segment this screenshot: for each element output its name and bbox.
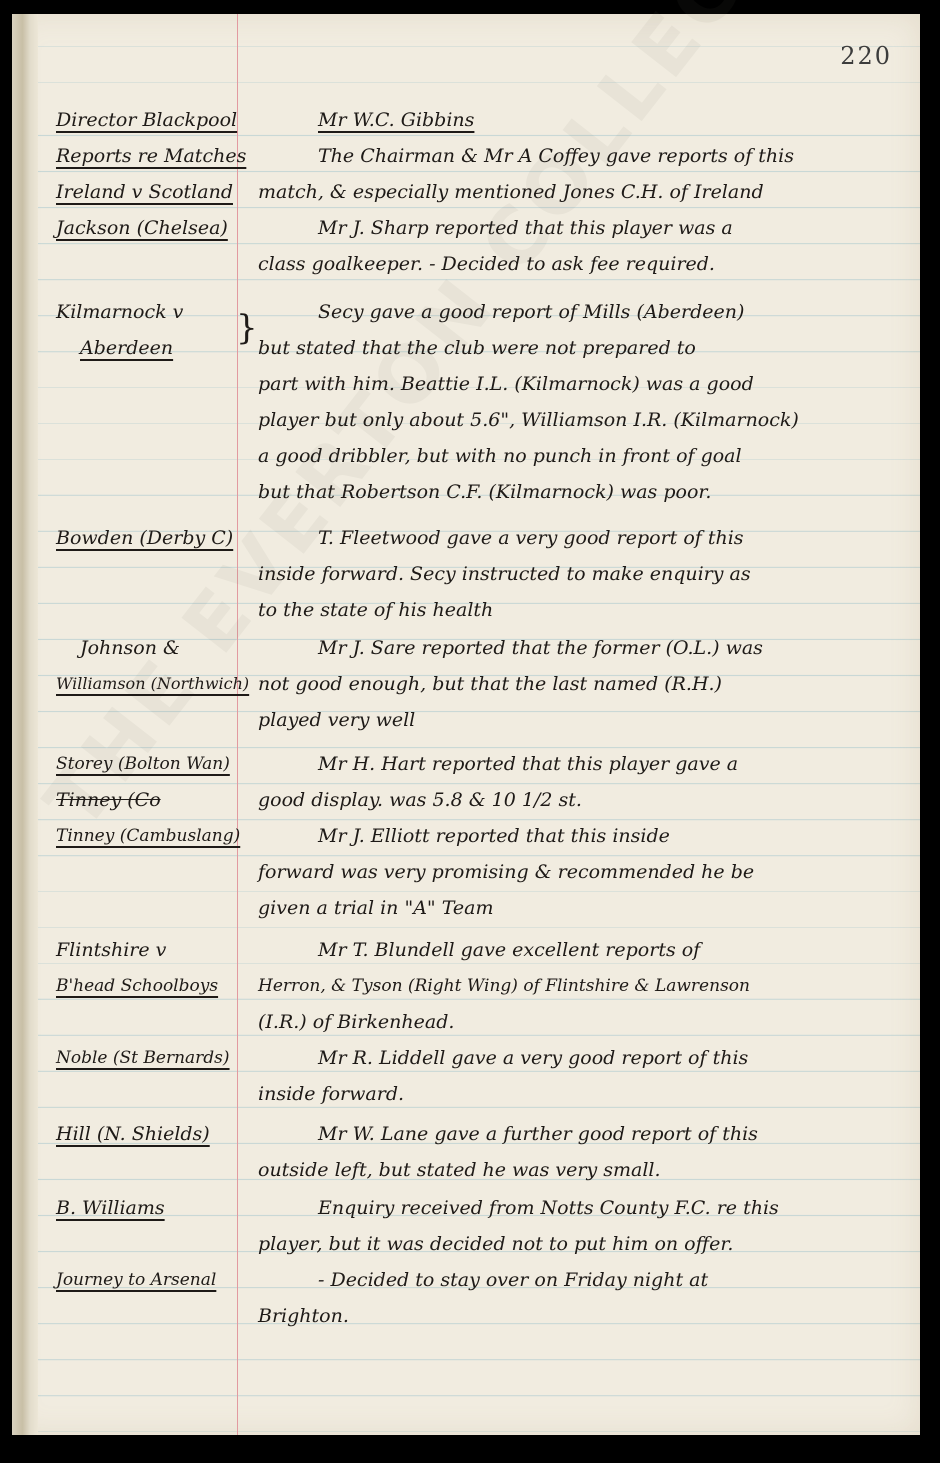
minute-line: Mr J. Sare reported that the former (O.L…	[258, 630, 918, 666]
minute-line: - Decided to stay over on Friday night a…	[258, 1262, 918, 1298]
minute-line: Mr R. Liddell gave a very good report of…	[258, 1040, 918, 1076]
margin-heading: Storey (Bolton Wan) Tinney (Co	[56, 746, 236, 818]
page-binding-edge	[12, 14, 38, 1435]
minute-body: Secy gave a good report of Mills (Aberde…	[258, 294, 918, 510]
minute-line: Mr J. Elliott reported that this inside	[258, 818, 918, 854]
minute-line: Mr T. Blundell gave excellent reports of	[258, 932, 918, 968]
margin-heading-struck-line: Tinney (Co	[56, 782, 236, 818]
minute-line: not good enough, but that the last named…	[258, 666, 918, 702]
margin-heading-line: Storey (Bolton Wan)	[56, 746, 236, 782]
margin-heading: Journey to Arsenal	[56, 1262, 236, 1298]
margin-heading-line: B. Williams	[56, 1190, 236, 1226]
margin-heading: Kilmarnock v Aberdeen	[56, 294, 236, 366]
margin-heading-line: Ireland v Scotland	[56, 174, 236, 210]
minute-line: part with him. Beattie I.L. (Kilmarnock)…	[258, 366, 918, 402]
minute-line: given a trial in "A" Team	[258, 890, 918, 926]
margin-heading: Director Blackpool	[56, 102, 236, 138]
minute-line: played very well	[258, 702, 918, 738]
minute-body: Enquiry received from Notts County F.C. …	[258, 1190, 918, 1262]
minute-line: Secy gave a good report of Mills (Aberde…	[258, 294, 918, 330]
margin-heading-line: Noble (St Bernards)	[56, 1040, 236, 1076]
margin-heading-line: Hill (N. Shields)	[56, 1116, 236, 1152]
red-margin-rule	[237, 14, 238, 1435]
minute-line: Enquiry received from Notts County F.C. …	[258, 1190, 918, 1226]
minute-line: T. Fleetwood gave a very good report of …	[258, 520, 918, 556]
margin-heading-line: Journey to Arsenal	[56, 1262, 236, 1298]
minute-line: The Chairman & Mr A Coffey gave reports …	[258, 138, 918, 174]
margin-heading: Jackson (Chelsea)	[56, 210, 236, 246]
minute-line: a good dribbler, but with no punch in fr…	[258, 438, 918, 474]
margin-heading-line: Jackson (Chelsea)	[56, 210, 236, 246]
margin-heading-line: Bowden (Derby C)	[56, 520, 236, 556]
minute-line: Mr J. Sharp reported that this player wa…	[258, 210, 918, 246]
minute-line: player, but it was decided not to put hi…	[258, 1226, 918, 1262]
minute-line: forward was very promising & recommended…	[258, 854, 918, 890]
margin-heading: Noble (St Bernards)	[56, 1040, 236, 1076]
minute-line: but that Robertson C.F. (Kilmarnock) was…	[258, 474, 918, 510]
minute-body: Mr J. Elliott reported that this inside …	[258, 818, 918, 926]
minute-line: match, & especially mentioned Jones C.H.…	[258, 174, 918, 210]
minute-line: Mr W.C. Gibbins	[318, 109, 474, 131]
margin-heading: Tinney (Cambuslang)	[56, 818, 236, 854]
minute-line: to the state of his health	[258, 592, 918, 628]
minute-body: Mr J. Sharp reported that this player wa…	[258, 210, 918, 282]
minute-line: inside forward.	[258, 1076, 918, 1112]
minute-line: class goalkeeper. - Decided to ask fee r…	[258, 246, 918, 282]
minute-line: (I.R.) of Birkenhead.	[258, 1004, 918, 1040]
margin-heading: B. Williams	[56, 1190, 236, 1226]
minute-body: Mr J. Sare reported that the former (O.L…	[258, 630, 918, 738]
minute-line: inside forward. Secy instructed to make …	[258, 556, 918, 592]
minute-body: Mr W. Lane gave a further good report of…	[258, 1116, 918, 1188]
minute-body: Mr T. Blundell gave excellent reports of…	[258, 932, 918, 1040]
margin-heading-line: Director Blackpool	[56, 102, 236, 138]
minute-line: player but only about 5.6", Williamson I…	[258, 402, 918, 438]
margin-heading-line: Reports re Matches	[56, 138, 236, 174]
minute-line: Brighton.	[258, 1298, 918, 1334]
minute-line: outside left, but stated he was very sma…	[258, 1152, 918, 1188]
margin-heading-line: Flintshire v	[56, 932, 236, 968]
margin-heading: Hill (N. Shields)	[56, 1116, 236, 1152]
margin-heading: Reports re Matches Ireland v Scotland	[56, 138, 236, 210]
margin-heading: Johnson & Williamson (Northwich)	[56, 630, 236, 702]
margin-heading-line: Williamson (Northwich)	[56, 666, 236, 702]
minute-body: Mr H. Hart reported that this player gav…	[258, 746, 918, 818]
minute-body: Mr R. Liddell gave a very good report of…	[258, 1040, 918, 1112]
margin-heading-line: Tinney (Cambuslang)	[56, 818, 236, 854]
brace-mark: }	[236, 308, 258, 348]
minute-line: good display. was 5.8 & 10 1/2 st.	[258, 782, 918, 818]
margin-heading: Flintshire v B'head Schoolboys	[56, 932, 236, 1004]
page-number: 220	[840, 42, 892, 70]
margin-heading-line: B'head Schoolboys	[56, 968, 236, 1004]
minute-body: The Chairman & Mr A Coffey gave reports …	[258, 138, 918, 210]
minute-body: Mr W.C. Gibbins	[258, 102, 918, 138]
minute-body: T. Fleetwood gave a very good report of …	[258, 520, 918, 628]
minute-line: Mr H. Hart reported that this player gav…	[258, 746, 918, 782]
minute-line: but stated that the club were not prepar…	[258, 330, 918, 366]
minute-line: Herron, & Tyson (Right Wing) of Flintshi…	[258, 968, 918, 1004]
minute-line: Mr W. Lane gave a further good report of…	[258, 1116, 918, 1152]
margin-heading: Bowden (Derby C)	[56, 520, 236, 556]
margin-heading-line: Aberdeen	[56, 330, 236, 366]
margin-heading-line: Kilmarnock v	[56, 294, 236, 330]
minute-body: - Decided to stay over on Friday night a…	[258, 1262, 918, 1334]
margin-heading-line: Johnson &	[56, 630, 236, 666]
